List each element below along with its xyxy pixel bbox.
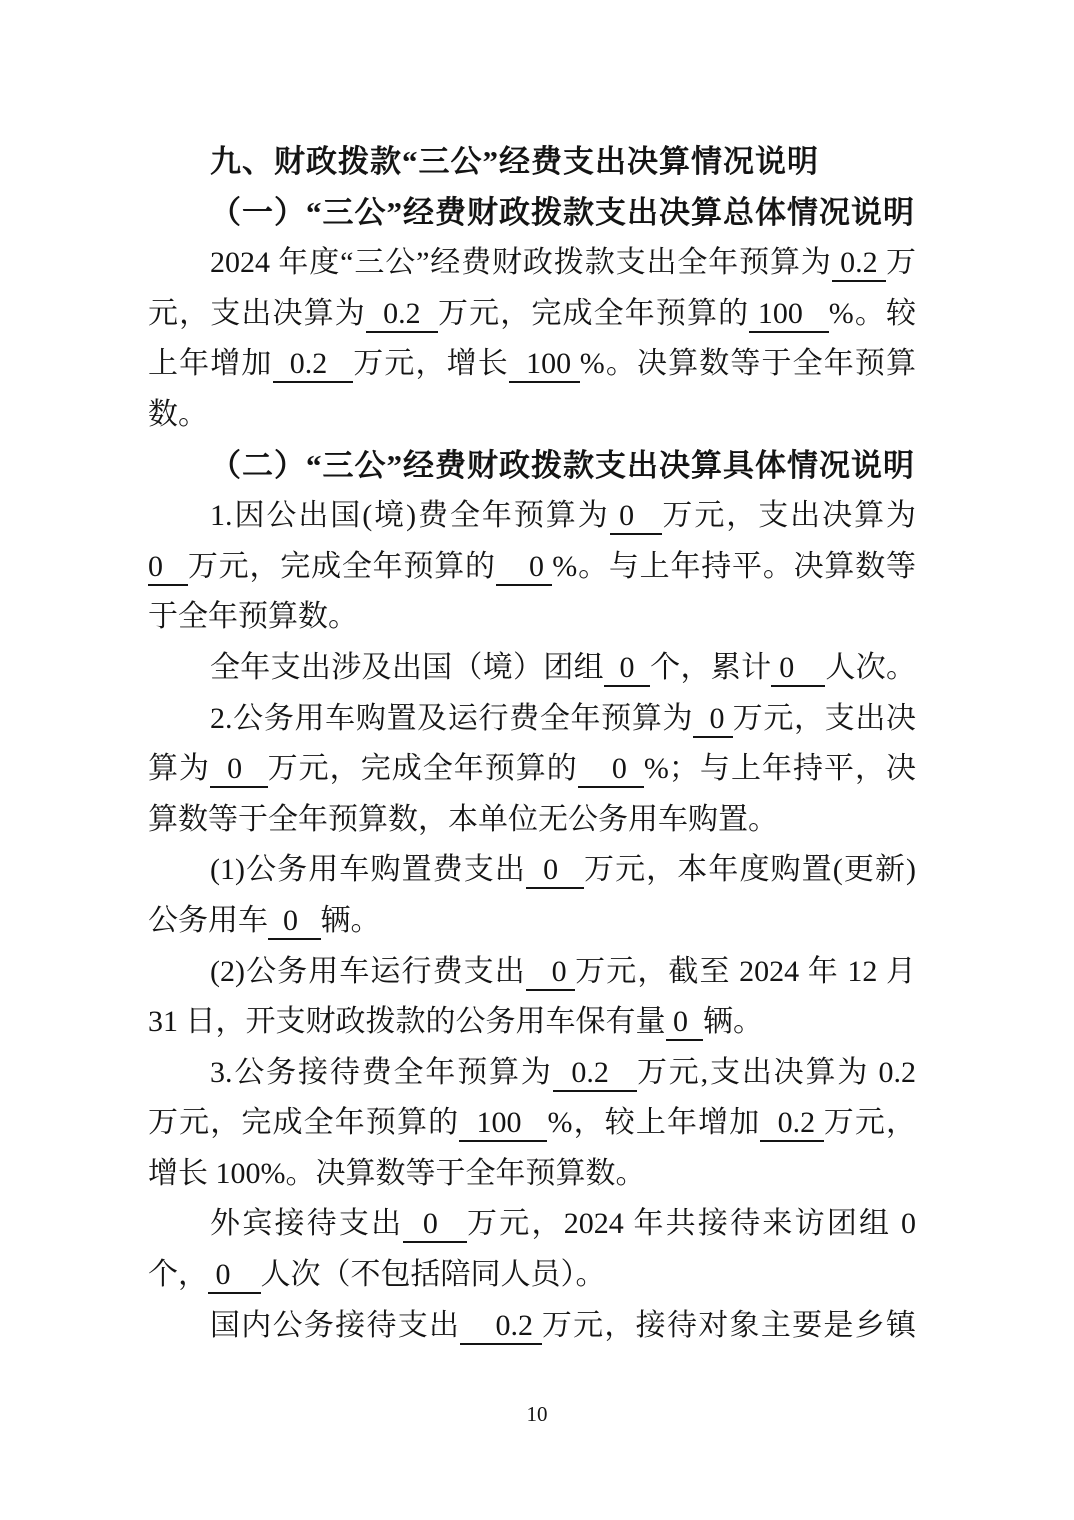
text-run: 个，累计 — [650, 651, 771, 684]
filled-blank: 0 — [578, 752, 644, 788]
text-run: 2024 年度“三公”经费财政拨款支出全年预算为 — [210, 246, 832, 279]
text-run: 算数等于全年预算数，本单位无公务用车购置。 — [148, 803, 778, 836]
text-run: 数。 — [148, 398, 208, 431]
text-run: 万 — [886, 246, 916, 279]
filled-blank: 0 — [210, 752, 268, 788]
text-run: 全年支出涉及出国（境）团组 — [210, 651, 604, 684]
text-line: 2024 年度“三公”经费财政拨款支出全年预算为 0.2 万 — [148, 238, 916, 289]
text-line: 于全年预算数。 — [148, 592, 916, 643]
text-run: 于全年预算数。 — [148, 600, 358, 633]
text-run: 万元，完成全年预算的 — [148, 1106, 459, 1139]
text-line: 0 万元，完成全年预算的 0 %。与上年持平。决算数等 — [148, 542, 916, 593]
filled-blank: 100 — [459, 1106, 547, 1142]
text-line: 公务用车 0 辆。 — [148, 896, 916, 947]
text-run: （二）“三公”经费财政拨款支出决算具体情况说明 — [210, 448, 915, 483]
text-run: 1.因公出国(境)费全年预算为 — [210, 499, 610, 532]
filled-blank: 0 — [693, 702, 733, 738]
text-run: %。与上年持平。决算数等 — [552, 550, 916, 583]
filled-blank: 0 — [403, 1207, 467, 1243]
text-run: 辆。 — [321, 904, 381, 937]
sub-heading: （一）“三公”经费财政拨款支出决算总体情况说明 — [148, 188, 916, 239]
filled-blank: 0.2 — [366, 297, 438, 333]
text-line: 国内公务接待支出 0.2 万元，接待对象主要是乡镇 — [148, 1301, 916, 1352]
text-run: %；与上年持平，决 — [644, 752, 916, 785]
text-run: (2)公务用车运行费支出 — [210, 955, 526, 988]
filled-blank: 0.2 — [760, 1106, 823, 1142]
text-run: 万元，增长 — [353, 347, 509, 380]
filled-blank: 0 — [666, 1005, 704, 1041]
filled-blank: 0 — [268, 904, 321, 940]
text-line: 增长 100%。决算数等于全年预算数。 — [148, 1149, 916, 1200]
text-run: %。较 — [829, 297, 916, 330]
text-line: 1.因公出国(境)费全年预算为 0 万元，支出决算为 — [148, 491, 916, 542]
text-run: 外宾接待支出 — [210, 1207, 403, 1240]
text-line: 全年支出涉及出国（境）团组 0 个，累计 0 人次。 — [148, 643, 916, 694]
text-run: 算为 — [148, 752, 210, 785]
filled-blank: 0 — [526, 853, 584, 889]
text-run: %。决算数等于全年预算 — [580, 347, 916, 380]
filled-blank: 0 — [148, 550, 188, 586]
text-line: 外宾接待支出 0 万元，2024 年共接待来访团组 0 — [148, 1199, 916, 1250]
filled-blank: 0 — [610, 499, 663, 535]
text-run: 万元，支出决算为 — [662, 499, 916, 532]
text-run: 上年增加 — [148, 347, 273, 380]
document-page: 九、财政拨款“三公”经费支出决算情况说明（一）“三公”经费财政拨款支出决算总体情… — [0, 0, 1074, 1520]
filled-blank: 0.2 — [273, 347, 354, 383]
filled-blank: 0 — [208, 1258, 261, 1294]
filled-blank: 0 — [496, 550, 552, 586]
text-run: 万元，接待对象主要是乡镇 — [542, 1309, 916, 1342]
text-line: 万元，完成全年预算的 100 %，较上年增加 0.2 万元， — [148, 1098, 916, 1149]
sub-heading: （二）“三公”经费财政拨款支出决算具体情况说明 — [148, 441, 916, 492]
filled-blank: 0 — [526, 955, 575, 991]
filled-blank: 0 — [604, 651, 650, 687]
text-run: 万元，完成全年预算的 — [438, 297, 749, 330]
text-line: 31 日，开支财政拨款的公务用车保有量 0 辆。 — [148, 997, 916, 1048]
text-line: (2)公务用车运行费支出 0 万元，截至 2024 年 12 月 — [148, 947, 916, 998]
text-line: 元，支出决算为 0.2 万元，完成全年预算的 100 %。较 — [148, 289, 916, 340]
text-run: 国内公务接待支出 — [210, 1309, 460, 1342]
text-run: 万元,支出决算为 0.2 — [637, 1056, 916, 1089]
text-line: 上年增加 0.2 万元，增长 100 %。决算数等于全年预算 — [148, 339, 916, 390]
text-line: (1)公务用车购置费支出 0 万元，本年度购置(更新) — [148, 845, 916, 896]
text-run: 万元， — [824, 1106, 916, 1139]
text-run: 万元，完成全年预算的 — [188, 550, 496, 583]
text-run: （一）“三公”经费财政拨款支出决算总体情况说明 — [210, 195, 915, 230]
text-line: 3.公务接待费全年预算为 0.2 万元,支出决算为 0.2 — [148, 1048, 916, 1099]
text-line: 2.公务用车购置及运行费全年预算为 0 万元，支出决 — [148, 694, 916, 745]
text-line: 算数等于全年预算数，本单位无公务用车购置。 — [148, 795, 916, 846]
filled-blank: 0.2 — [832, 246, 886, 282]
text-run: %，较上年增加 — [547, 1106, 760, 1139]
text-run: 万元，支出决 — [733, 702, 916, 735]
text-run: 九、财政拨款“三公”经费支出决算情况说明 — [210, 144, 819, 179]
section-heading: 九、财政拨款“三公”经费支出决算情况说明 — [148, 137, 916, 188]
filled-blank: 0 — [771, 651, 825, 687]
text-line: 数。 — [148, 390, 916, 441]
text-run: 3.公务接待费全年预算为 — [210, 1056, 553, 1089]
text-run: 人次。 — [825, 651, 916, 684]
filled-blank: 0.2 — [460, 1309, 541, 1345]
filled-blank: 0.2 — [553, 1056, 637, 1092]
filled-blank: 100 — [509, 347, 580, 383]
text-run: 31 日，开支财政拨款的公务用车保有量 — [148, 1005, 666, 1038]
text-run: (1)公务用车购置费支出 — [210, 853, 526, 886]
text-run: 人次（不包括陪同人员）。 — [261, 1258, 606, 1291]
text-run: 增长 100%。决算数等于全年预算数。 — [148, 1157, 646, 1190]
text-line: 个， 0 人次（不包括陪同人员）。 — [148, 1250, 916, 1301]
document-body: 九、财政拨款“三公”经费支出决算情况说明（一）“三公”经费财政拨款支出决算总体情… — [148, 137, 916, 1351]
text-run: 万元，截至 2024 年 12 月 — [575, 955, 916, 988]
text-run: 2.公务用车购置及运行费全年预算为 — [210, 702, 693, 735]
text-run: 万元，本年度购置(更新) — [584, 853, 916, 886]
filled-blank: 100 — [749, 297, 829, 333]
page-number: 10 — [0, 1402, 1074, 1427]
text-run: 万元，完成全年预算的 — [268, 752, 578, 785]
text-run: 个， — [148, 1258, 208, 1291]
text-run: 万元，2024 年共接待来访团组 0 — [467, 1207, 916, 1240]
text-line: 算为 0 万元，完成全年预算的 0 %；与上年持平，决 — [148, 744, 916, 795]
text-run: 公务用车 — [148, 904, 268, 937]
text-run: 辆。 — [703, 1005, 763, 1038]
text-run: 元，支出决算为 — [148, 297, 366, 330]
